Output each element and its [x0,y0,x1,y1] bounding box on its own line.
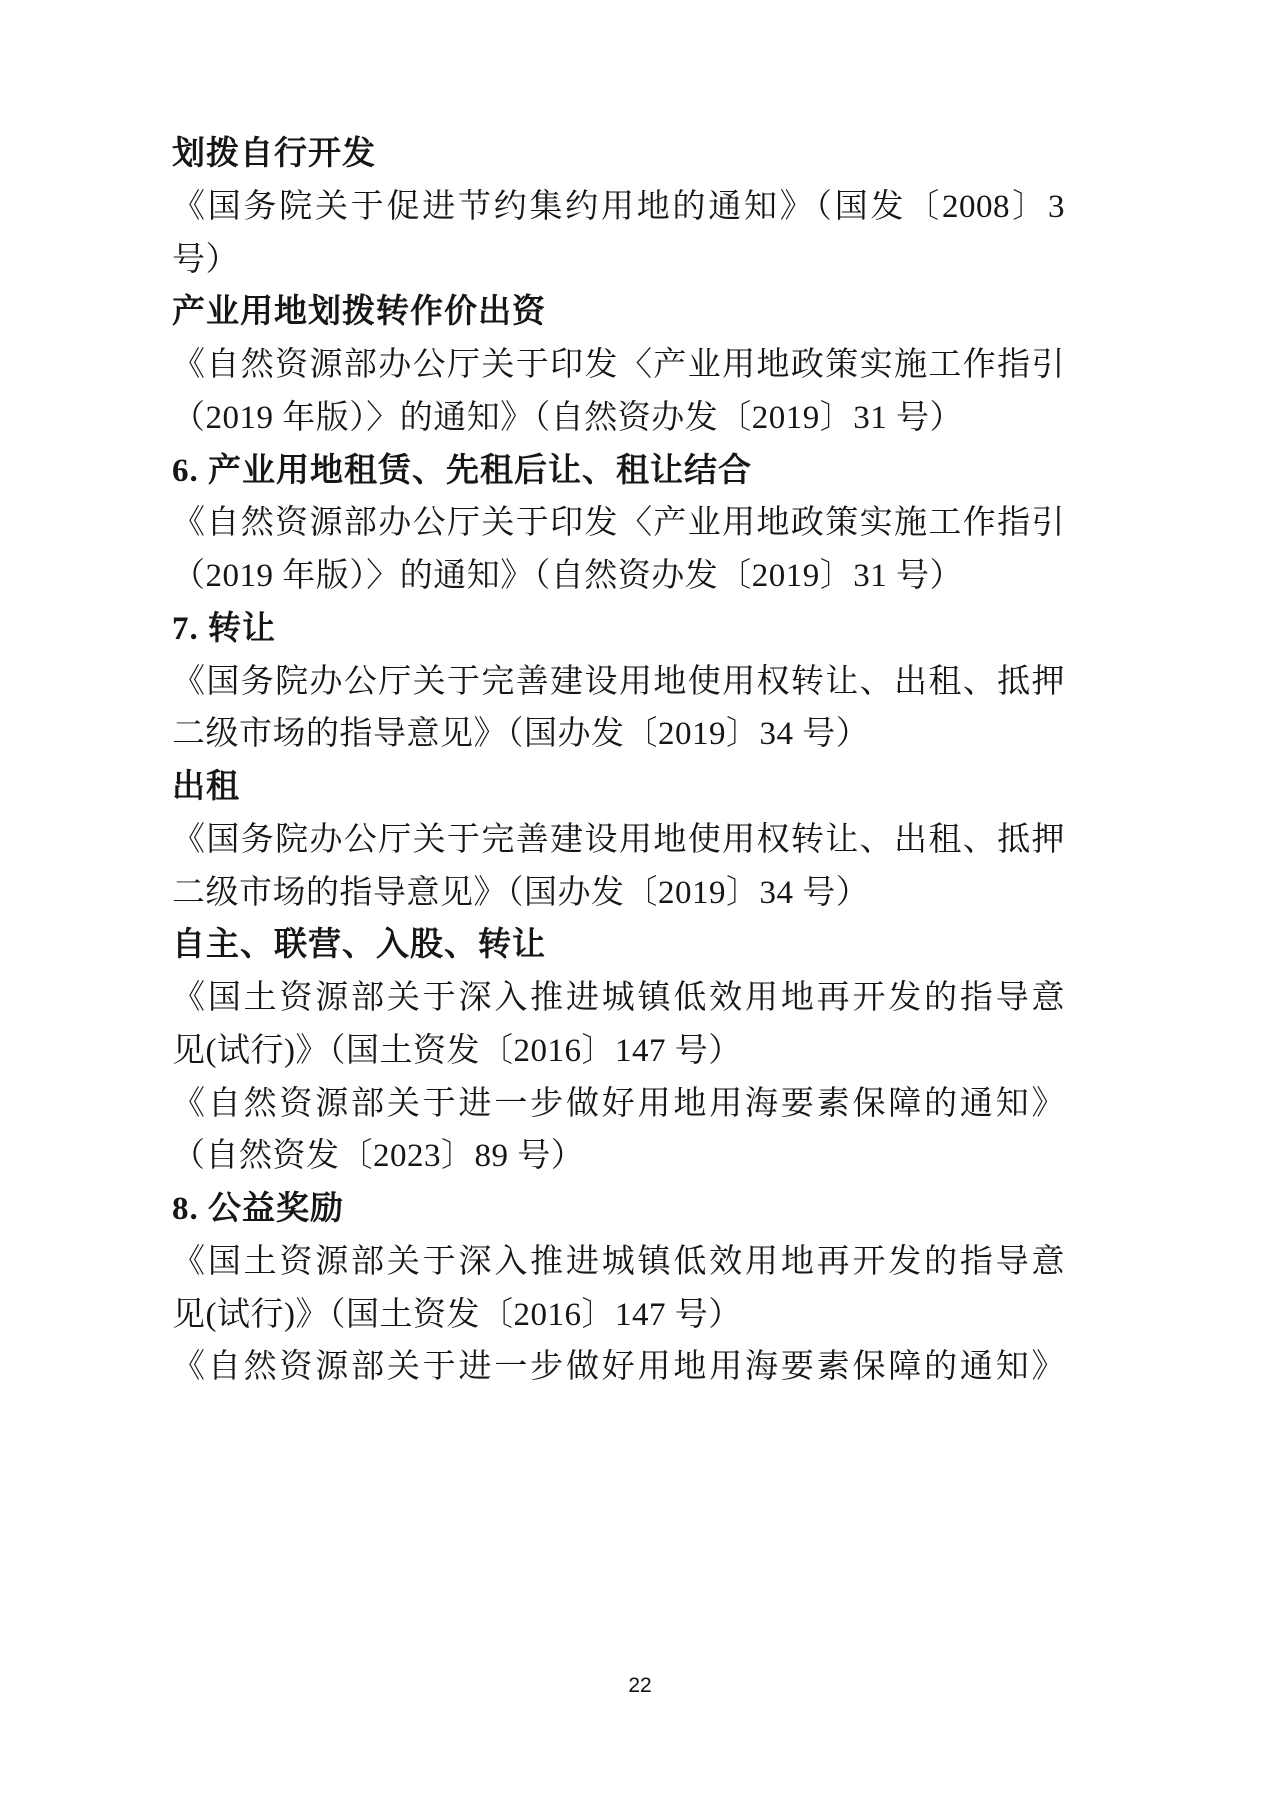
document-line: 《国土资源部关于深入推进城镇低效用地再开发的指导意 [172,1236,1065,1289]
document-line: 《国务院关于促进节约集约用地的通知》（国发〔2008〕3 [172,181,1065,234]
document-line: 见(试行)》（国土资发〔2016〕147 号） [172,1289,1065,1342]
page-number: 22 [0,1674,1280,1698]
section-heading: 产业用地划拨转作价出资 [172,286,1065,339]
document-line: 《自然资源部办公厅关于印发〈产业用地政策实施工作指引 [172,339,1065,392]
section-heading: 6. 产业用地租赁、先租后让、租让结合 [172,445,1065,498]
document-page: 划拨自行开发 《国务院关于促进节约集约用地的通知》（国发〔2008〕3 号） 产… [0,0,1280,1810]
section-heading: 划拨自行开发 [172,128,1065,181]
document-line: （2019 年版）〉的通知》（自然资办发〔2019〕31 号） [172,550,1065,603]
document-line: 《自然资源部办公厅关于印发〈产业用地政策实施工作指引 [172,497,1065,550]
document-line: 《国务院办公厅关于完善建设用地使用权转让、出租、抵押 [172,814,1065,867]
document-line: 二级市场的指导意见》（国办发〔2019〕34 号） [172,708,1065,761]
section-heading: 7. 转让 [172,603,1065,656]
document-line: 二级市场的指导意见》（国办发〔2019〕34 号） [172,867,1065,920]
document-line: （2019 年版）〉的通知》（自然资办发〔2019〕31 号） [172,392,1065,445]
document-line: 《国务院办公厅关于完善建设用地使用权转让、出租、抵押 [172,656,1065,709]
document-line: 号） [172,234,1065,287]
section-heading: 自主、联营、入股、转让 [172,919,1065,972]
document-line: 《自然资源部关于进一步做好用地用海要素保障的通知》 [172,1078,1065,1131]
section-heading: 出租 [172,761,1065,814]
document-text: 划拨自行开发 《国务院关于促进节约集约用地的通知》（国发〔2008〕3 号） 产… [172,128,1065,1394]
document-line: 《国土资源部关于深入推进城镇低效用地再开发的指导意 [172,972,1065,1025]
document-line: 见(试行)》（国土资发〔2016〕147 号） [172,1025,1065,1078]
document-line: （自然资发〔2023〕89 号） [172,1130,1065,1183]
document-line: 《自然资源部关于进一步做好用地用海要素保障的通知》 [172,1341,1065,1394]
section-heading: 8. 公益奖励 [172,1183,1065,1236]
